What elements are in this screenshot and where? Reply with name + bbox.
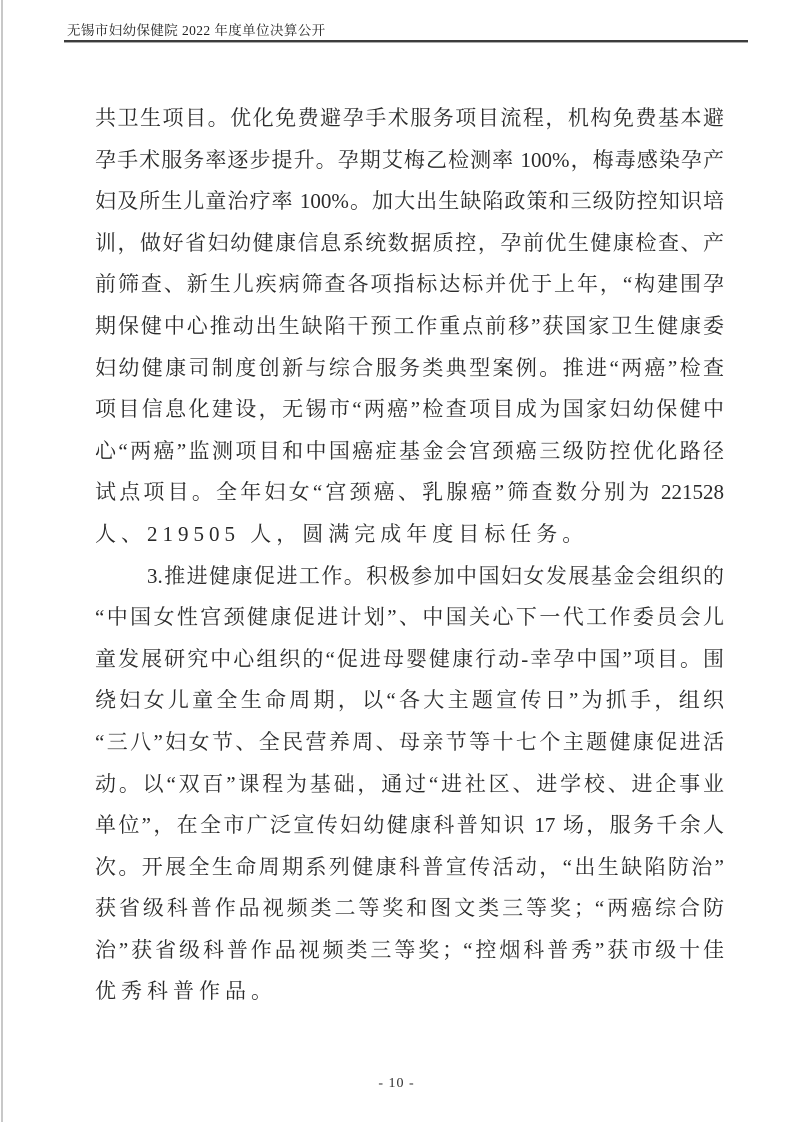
body-line paragraph-start: 3.推进健康促进工作。积极参加中国妇女发展基金会组织的 — [95, 556, 724, 598]
body-line: 共卫生项目。优化免费避孕手术服务项目流程，机构免费基本避 — [95, 98, 724, 140]
body-line: 单位”，在全市广泛宣传妇幼健康科普知识 17 场，服务千余人 — [95, 805, 724, 847]
body-line paragraph-end: 人、219505 人，圆满完成年度目标任务。 — [95, 514, 724, 556]
body-line: 前筛查、新生儿疾病筛查各项指标达标并优于上年，“构建围孕 — [95, 264, 724, 306]
body-line: 心“两癌”监测项目和中国癌症基金会宫颈癌三级防控优化路径 — [95, 431, 724, 473]
body-line: 项目信息化建设，无锡市“两癌”检查项目成为国家妇幼保健中 — [95, 389, 724, 431]
page-number: - 10 - — [378, 1076, 414, 1091]
body-line: 动。以“双百”课程为基础，通过“进社区、进学校、进企事业 — [95, 764, 724, 806]
body-line paragraph-end: 优秀科普作品。 — [95, 971, 724, 1013]
document-page: 无锡市妇幼保健院 2022 年度单位决算公开 共卫生项目。优化免费避孕手术服务项… — [0, 0, 793, 1122]
body-line: 次。开展全生命周期系列健康科普宣传活动，“出生缺陷防治” — [95, 847, 724, 889]
header-rule — [64, 40, 748, 43]
body-line: 妇幼健康司制度创新与综合服务类典型案例。推进“两癌”检查 — [95, 348, 724, 390]
body-line: “中国女性宫颈健康促进计划”、中国关心下一代工作委员会儿 — [95, 597, 724, 639]
body-line: 治”获省级科普作品视频类三等奖；“控烟科普秀”获市级十佳 — [95, 930, 724, 972]
document-header-title: 无锡市妇幼保健院 2022 年度单位决算公开 — [67, 22, 326, 39]
document-body: 共卫生项目。优化免费避孕手术服务项目流程，机构免费基本避 孕手术服务率逐步提升。… — [95, 98, 724, 1013]
body-line: 期保健中心推动出生缺陷干预工作重点前移”获国家卫生健康委 — [95, 306, 724, 348]
body-line: 妇及所生儿童治疗率 100%。加大出生缺陷政策和三级防控知识培 — [95, 181, 724, 223]
body-line: 试点项目。全年妇女“宫颈癌、乳腺癌”筛查数分别为 221528 — [95, 472, 724, 514]
body-line: “三八”妇女节、全民营养周、母亲节等十七个主题健康促进活 — [95, 722, 724, 764]
body-line: 绕妇女儿童全生命周期，以“各大主题宣传日”为抓手，组织 — [95, 680, 724, 722]
body-line: 童发展研究中心组织的“促进母婴健康行动-幸孕中国”项目。围 — [95, 639, 724, 681]
scan-edge-line — [1, 0, 3, 1122]
page-footer: - 10 - — [0, 1074, 793, 1092]
body-line: 孕手术服务率逐步提升。孕期艾梅乙检测率 100%，梅毒感染孕产 — [95, 140, 724, 182]
body-line: 获省级科普作品视频类二等奖和图文类三等奖；“两癌综合防 — [95, 888, 724, 930]
body-line: 训，做好省妇幼健康信息系统数据质控，孕前优生健康检查、产 — [95, 223, 724, 265]
